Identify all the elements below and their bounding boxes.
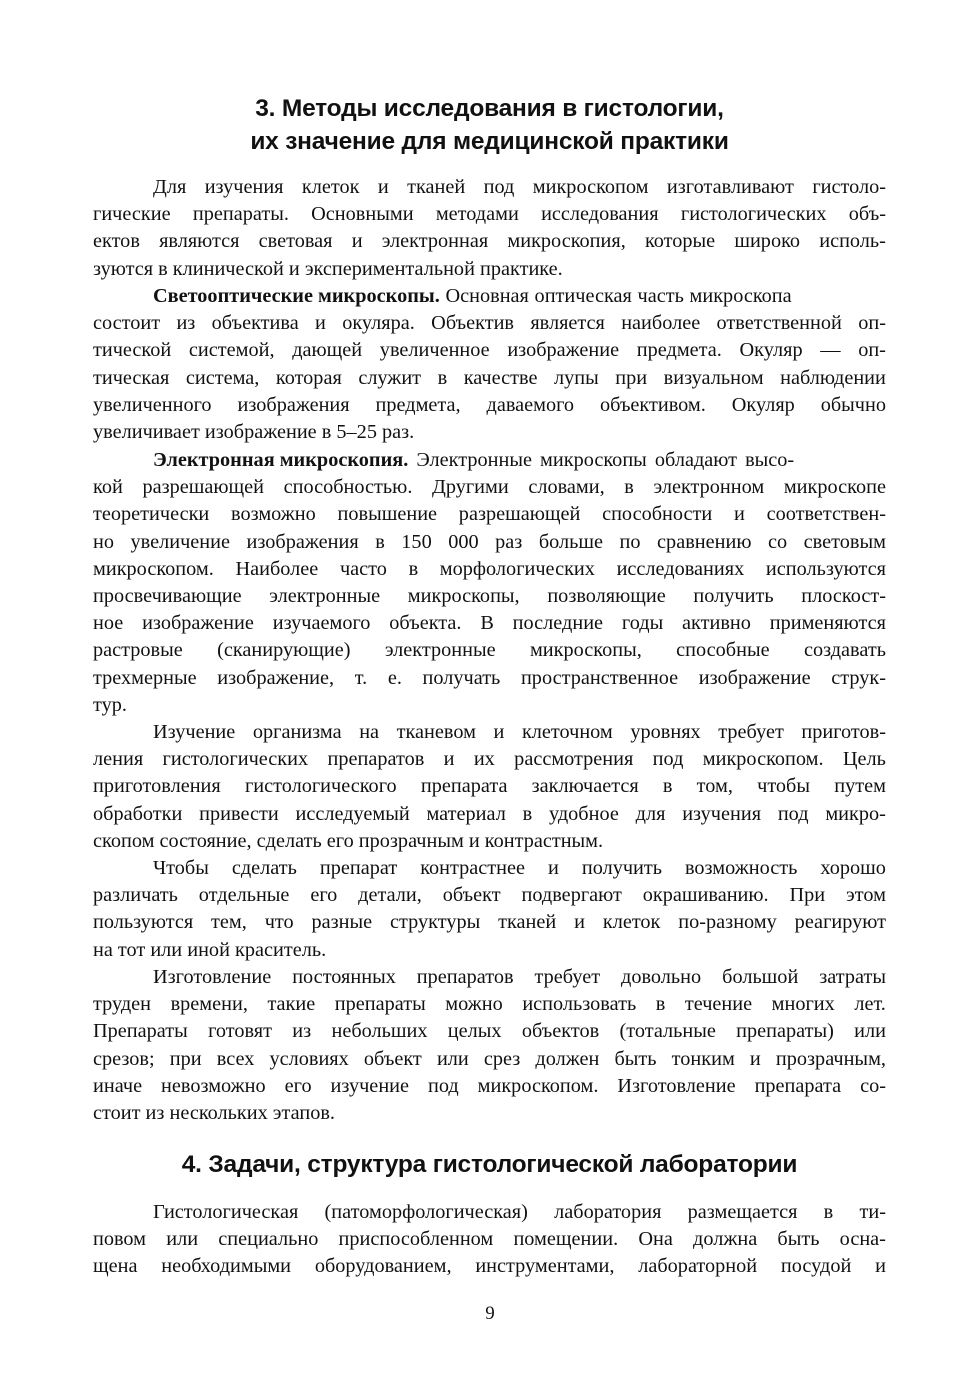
word: и (315, 310, 326, 337)
word: — (820, 337, 840, 364)
word: последние (513, 610, 603, 637)
text-line: повомилиспециальноприспособленномпомещен… (93, 1226, 886, 1253)
word: изучения (205, 174, 284, 201)
word: размещается (688, 1199, 798, 1226)
word: должен (535, 1046, 599, 1073)
word: Основными (311, 201, 413, 228)
word: срез (484, 1046, 520, 1073)
word: быть (614, 1046, 656, 1073)
word: условиях (269, 1046, 348, 1073)
word: но (93, 529, 114, 556)
word: исследуемый (295, 801, 409, 828)
word: раз (495, 529, 522, 556)
word: затраты (819, 964, 886, 991)
word: ти- (860, 1199, 886, 1226)
paragraph-lead-term: Электронная микроскопия. (153, 447, 408, 474)
section-4-heading: 4. Задачи, структура гистологической лаб… (93, 1148, 886, 1181)
word: реагируют (795, 909, 886, 936)
word: активно (682, 610, 751, 637)
text-line: тическойсистемой,дающейувеличенноеизобра… (93, 337, 886, 364)
word: электронная (382, 228, 488, 255)
word: изображение, (217, 665, 334, 692)
word: исследованиях (617, 556, 745, 583)
word: препарат (320, 855, 397, 882)
word: под (428, 1073, 459, 1100)
word: объективом. (600, 392, 706, 419)
word: клеточном (522, 719, 613, 746)
word: Она (638, 1226, 673, 1253)
word: тонким (672, 1046, 735, 1073)
word: микроскопия, (507, 228, 625, 255)
word: способности (602, 501, 712, 528)
word: в (824, 1199, 834, 1226)
word: е. (388, 665, 402, 692)
word: изучаемого (273, 610, 371, 637)
word: его (285, 1073, 312, 1100)
word: изображение (699, 665, 811, 692)
word: лабораторной (638, 1253, 757, 1280)
word: по-разному (678, 909, 777, 936)
section-3-title-line-2: их значение для медицинской практики (93, 125, 886, 158)
text-line: лениягистологическихпрепаратовиихрассмот… (93, 746, 886, 773)
word: увеличенного (93, 392, 212, 419)
word: наиболее (621, 310, 700, 337)
word: прозрачным, (776, 1046, 886, 1073)
word: получать (423, 665, 501, 692)
word: которая (276, 365, 342, 392)
word: Препараты (93, 1018, 188, 1045)
word: (патоморфологическая) (325, 1199, 528, 1226)
word: отдельные (199, 882, 290, 909)
text-line: пользуютсятем,чторазныеструктурытканейик… (93, 909, 886, 936)
word: клеток (603, 909, 661, 936)
word: препаратов (417, 964, 514, 991)
word: из (292, 1018, 311, 1045)
word: окрашиванию. (643, 882, 769, 909)
word: наблюдении (780, 365, 886, 392)
word: в (523, 801, 533, 828)
word: гистологических (163, 746, 309, 773)
word: инструментами, (475, 1253, 614, 1280)
word: тем, (211, 909, 247, 936)
word: можно (445, 991, 502, 1018)
text-line: Препаратыготовятизнебольшихцелыхобъектов… (93, 1018, 886, 1045)
text-line: труденвремени,такиепрепаратыможноиспольз… (93, 991, 886, 1018)
word: микроскопом. (703, 746, 824, 773)
word: микроскопом (533, 174, 649, 201)
text-line: растровые(сканирующие)электронныемикроск… (93, 637, 886, 664)
word: препараты. (193, 201, 289, 228)
word: Изготовление (153, 964, 271, 991)
word: и (378, 174, 389, 201)
word: обычно (821, 392, 886, 419)
word: разрешающей (142, 474, 264, 501)
text-line: ноувеличениеизображенияв150000разбольшеп… (93, 529, 886, 556)
word: пространственное (521, 665, 678, 692)
word: при (615, 365, 647, 392)
word: Гистологическая (153, 1199, 298, 1226)
word: Окуляр (740, 337, 803, 364)
word: световая (259, 228, 333, 255)
word: повом (93, 1226, 146, 1253)
word: Для (153, 174, 186, 201)
word: привести (199, 801, 279, 828)
word: в (624, 474, 634, 501)
word: предмета. (637, 337, 722, 364)
word: течение (685, 991, 752, 1018)
word: изготавливают (667, 174, 794, 201)
word: клеток (302, 174, 360, 201)
word: уровнях (630, 719, 700, 746)
word: возможно (231, 501, 316, 528)
word: хорошо (820, 855, 886, 882)
text-line: на тот или иной краситель. (93, 937, 886, 964)
text-line: обработкипривестиисследуемыйматериалвудо… (93, 801, 886, 828)
word: под (484, 174, 515, 201)
word: детали, (358, 882, 422, 909)
word: соответствен- (767, 501, 886, 528)
word: всех (217, 1046, 255, 1073)
word: на (359, 719, 379, 746)
word: контрастнее (420, 855, 525, 882)
text-line: иначеневозможноегоизучениеподмикроскопом… (93, 1073, 886, 1100)
page-number: 9 (0, 1303, 980, 1325)
word: возможность (685, 855, 797, 882)
text-line: тическаясистема,котораяслужитвкачествелу… (93, 365, 886, 392)
text-line: щенанеобходимымиоборудованием,инструмент… (93, 1253, 886, 1280)
word: путем (834, 773, 886, 800)
paragraph-staining: Чтобысделатьпрепаратконтрастнееиполучить… (93, 855, 886, 964)
word: визуальном (664, 365, 764, 392)
word: приготовления (93, 773, 221, 800)
word: сравнению (657, 529, 751, 556)
word: которые (645, 228, 715, 255)
word: гистологических (681, 201, 827, 228)
word: быть (777, 1226, 819, 1253)
word: в (438, 365, 448, 392)
word: его (310, 882, 337, 909)
text-line: ноеизображениеизучаемогообъекта.Впоследн… (93, 610, 886, 637)
word: и (875, 1253, 886, 1280)
text-line: ектовявляютсясветоваяиэлектроннаямикроск… (93, 228, 886, 255)
word: щена (93, 1253, 137, 1280)
word: тканей (498, 909, 556, 936)
paragraph-permanent-preparations: Изготовлениепостоянныхпрепаратовтребуетд… (93, 964, 886, 1127)
word: Чтобы (153, 855, 209, 882)
word: окуляра. (342, 310, 415, 337)
word: гистологического (245, 773, 397, 800)
word: их (474, 746, 495, 773)
text-line: Изучениеорганизманатканевомиклеточномуро… (93, 719, 886, 746)
word: предмета, (376, 392, 461, 419)
word: электронном (653, 474, 764, 501)
word: тканевом (397, 719, 476, 746)
word: большой (722, 964, 798, 991)
word: объектива (212, 310, 299, 337)
word: изучения (682, 801, 761, 828)
word: трехмерные (93, 665, 197, 692)
word: специально (218, 1226, 318, 1253)
word: электронные (269, 583, 380, 610)
word: лаборатория (554, 1199, 661, 1226)
word: изучение (331, 1073, 410, 1100)
word: в (656, 991, 666, 1018)
word: микро- (825, 801, 886, 828)
text-line: теоретическивозможноповышениеразрешающей… (93, 501, 886, 528)
word: необходимыми (161, 1253, 291, 1280)
word: препарата (755, 1073, 842, 1100)
word: и (494, 719, 505, 746)
word: требует (535, 964, 601, 991)
text-line: зуются в клинической и экспериментальной… (93, 256, 886, 283)
text-line: койразрешающейспособностью.Другимисловам… (93, 474, 886, 501)
paragraph-intro: Дляизученияклетокитканейподмикроскопомиз… (93, 174, 886, 283)
word: препараты) (736, 1018, 834, 1045)
word: гические (93, 201, 171, 228)
word: многих (772, 991, 835, 1018)
word: довольно (621, 964, 701, 991)
text-line: Дляизученияклетокитканейподмикроскопомиз… (93, 174, 886, 201)
word: увеличение (131, 529, 231, 556)
word: или (854, 1018, 886, 1045)
text-line: Чтобысделатьпрепаратконтрастнееиполучить… (93, 855, 886, 882)
word: объекта. (389, 610, 461, 637)
word: пользуются (93, 909, 193, 936)
text-line: стоит из нескольких этапов. (93, 1100, 886, 1127)
word: микроскопе (784, 474, 886, 501)
word: объ- (849, 201, 886, 228)
word: материал (426, 801, 505, 828)
word: различать (93, 882, 178, 909)
word: тическая (93, 365, 169, 392)
word: что (265, 909, 294, 936)
word: из (176, 310, 195, 337)
word: ответственной (717, 310, 842, 337)
word: ления (93, 746, 143, 773)
word: и (574, 909, 585, 936)
word: сделать (232, 855, 297, 882)
word: изображения (237, 392, 349, 419)
word: дающей (292, 337, 362, 364)
word: При (790, 882, 826, 909)
word: объектов (522, 1018, 599, 1045)
paragraph-light-microscopes: Светооптические микроскопы. Основная опт… (93, 283, 886, 446)
word: Объектив (431, 310, 514, 337)
text-span: Основная оптическая часть микроскопа (440, 283, 792, 310)
word: 150 (401, 529, 431, 556)
word: оп- (858, 310, 886, 337)
word: удобное (549, 801, 619, 828)
word: В (480, 610, 494, 637)
paragraph-lead-term: Светооптические микроскопы. (153, 283, 440, 310)
word: микроскопом. (478, 1073, 599, 1100)
word: по (620, 529, 641, 556)
word: используются (766, 556, 886, 583)
word: Изготовление (617, 1073, 735, 1100)
word: или (437, 1046, 469, 1073)
word: больше (539, 529, 603, 556)
word: труден (93, 991, 151, 1018)
paragraph-preparation: Изучениеорганизманатканевомиклеточномуро… (93, 719, 886, 855)
text-line: гическиепрепараты.Основнымиметодамииссле… (93, 201, 886, 228)
word: должна (693, 1226, 757, 1253)
text-span: Электронные микроскопы обладают высо- (408, 447, 794, 474)
word: рассмотрения (514, 746, 633, 773)
word: микроскопом. (93, 556, 214, 583)
word: посудой (781, 1253, 851, 1280)
word: часто (340, 556, 387, 583)
word: разные (312, 909, 373, 936)
word: гистоло- (812, 174, 886, 201)
text-line: увеличенногоизображенияпредмета,даваемог… (93, 392, 886, 419)
text-line: увеличивает изображение в 5–25 раз. (93, 419, 886, 446)
word: словами, (528, 474, 604, 501)
text-line: состоитизобъективаиокуляра.Объективявляе… (93, 310, 886, 337)
word: невозможно (161, 1073, 266, 1100)
word: объект (364, 1046, 422, 1073)
text-line: просвечивающиеэлектронныемикроскопы,позв… (93, 583, 886, 610)
word: иначе (93, 1073, 142, 1100)
word: способные (676, 637, 769, 664)
word: тканей (407, 174, 465, 201)
word: постоянных (292, 964, 396, 991)
word: оборудованием, (315, 1253, 452, 1280)
word: являются (159, 228, 239, 255)
word: создавать (804, 637, 886, 664)
word: препаратов (328, 746, 425, 773)
word: микроскопы, (530, 637, 642, 664)
word: качестве (464, 365, 538, 392)
word: даваемого (487, 392, 575, 419)
word: изображение (142, 610, 254, 637)
word: ектов (93, 228, 140, 255)
word: организма (253, 719, 342, 746)
word: служит (358, 365, 421, 392)
word: исполь- (819, 228, 886, 255)
text-line: тур. (93, 692, 886, 719)
word: приспособленном (339, 1226, 494, 1253)
word: со- (860, 1073, 886, 1100)
text-line: срезов;привсехусловияхобъектилисрездолже… (93, 1046, 886, 1073)
word: под (653, 746, 684, 773)
paragraph-electron-microscopy: Электронная микроскопия. Электронные мик… (93, 447, 886, 719)
text-line: приготовлениягистологическогопрепаратаза… (93, 773, 886, 800)
word: световым (804, 529, 886, 556)
word: заключается (532, 773, 639, 800)
word: состоит (93, 310, 160, 337)
word: исследования (541, 201, 659, 228)
section-3-heading: 3. Методы исследования в гистологии, их … (93, 92, 886, 158)
word: лупы (554, 365, 599, 392)
word: Наиболее (235, 556, 318, 583)
word: и (548, 855, 559, 882)
word: использовать (522, 991, 636, 1018)
word: просвечивающие (93, 583, 242, 610)
word: в (375, 529, 385, 556)
word: Цель (843, 746, 886, 773)
word: помещении. (513, 1226, 618, 1253)
word: применяются (770, 610, 886, 637)
word: целых (448, 1018, 502, 1045)
word: осна- (840, 1226, 886, 1253)
word: и (734, 501, 745, 528)
word: Другими (432, 474, 509, 501)
paragraph-laboratory: Гистологическая(патоморфологическая)лабо… (93, 1199, 886, 1281)
word: увеличенное (380, 337, 490, 364)
word: системой, (189, 337, 275, 364)
word: структуры (390, 909, 480, 936)
word: препараты (335, 991, 426, 1018)
word: небольших (331, 1018, 427, 1045)
word: или (166, 1226, 198, 1253)
text-line: скопом состояние, сделать его прозрачным… (93, 828, 886, 855)
word: изображение (507, 337, 619, 364)
word: требует (718, 719, 784, 746)
word: чтобы (757, 773, 810, 800)
word: и (352, 228, 363, 255)
word: и (750, 1046, 761, 1073)
word: ное (93, 610, 123, 637)
word: том, (697, 773, 733, 800)
word: годы (622, 610, 663, 637)
word: широко (734, 228, 800, 255)
word: в (663, 773, 673, 800)
word: растровые (93, 637, 183, 664)
word: микроскопы, (408, 583, 520, 610)
word: лет. (854, 991, 886, 1018)
text-line: Светооптические микроскопы. Основная опт… (93, 283, 886, 310)
word: плоскост- (801, 583, 886, 610)
word: препарата (421, 773, 508, 800)
word: позволяющие (547, 583, 665, 610)
word: (тотальные (619, 1018, 715, 1045)
word: Окуляр (732, 392, 795, 419)
text-line: трехмерныеизображение,т.е.получатьпростр… (93, 665, 886, 692)
word: изображения (247, 529, 359, 556)
text-line: Электронная микроскопия. Электронные мик… (93, 447, 886, 474)
word: для (636, 801, 666, 828)
word: способностью. (284, 474, 413, 501)
word: этом (846, 882, 886, 909)
word: со (768, 529, 787, 556)
word: теоретически (93, 501, 209, 528)
word: объект (443, 882, 501, 909)
word: электронные (385, 637, 496, 664)
word: получить (582, 855, 662, 882)
word: при (170, 1046, 202, 1073)
word: оп- (858, 337, 886, 364)
word: подвергают (522, 882, 622, 909)
word: в (409, 556, 419, 583)
word: под (778, 801, 809, 828)
word: повышение (338, 501, 438, 528)
word: срезов; (93, 1046, 155, 1073)
word: и (444, 746, 455, 773)
word: методами (436, 201, 519, 228)
word: система, (186, 365, 260, 392)
word: является (530, 310, 605, 337)
word: такие (267, 991, 315, 1018)
word: Изучение (153, 719, 235, 746)
word: получить (693, 583, 773, 610)
word: морфологических (440, 556, 595, 583)
word: 000 (448, 529, 478, 556)
text-line: Изготовлениепостоянныхпрепаратовтребуетд… (93, 964, 886, 991)
section-3-title-line-1: 3. Методы исследования в гистологии, (93, 92, 886, 125)
word: (сканирующие) (217, 637, 350, 664)
text-line: различатьотдельныеегодетали,объектподвер… (93, 882, 886, 909)
word: т. (355, 665, 367, 692)
